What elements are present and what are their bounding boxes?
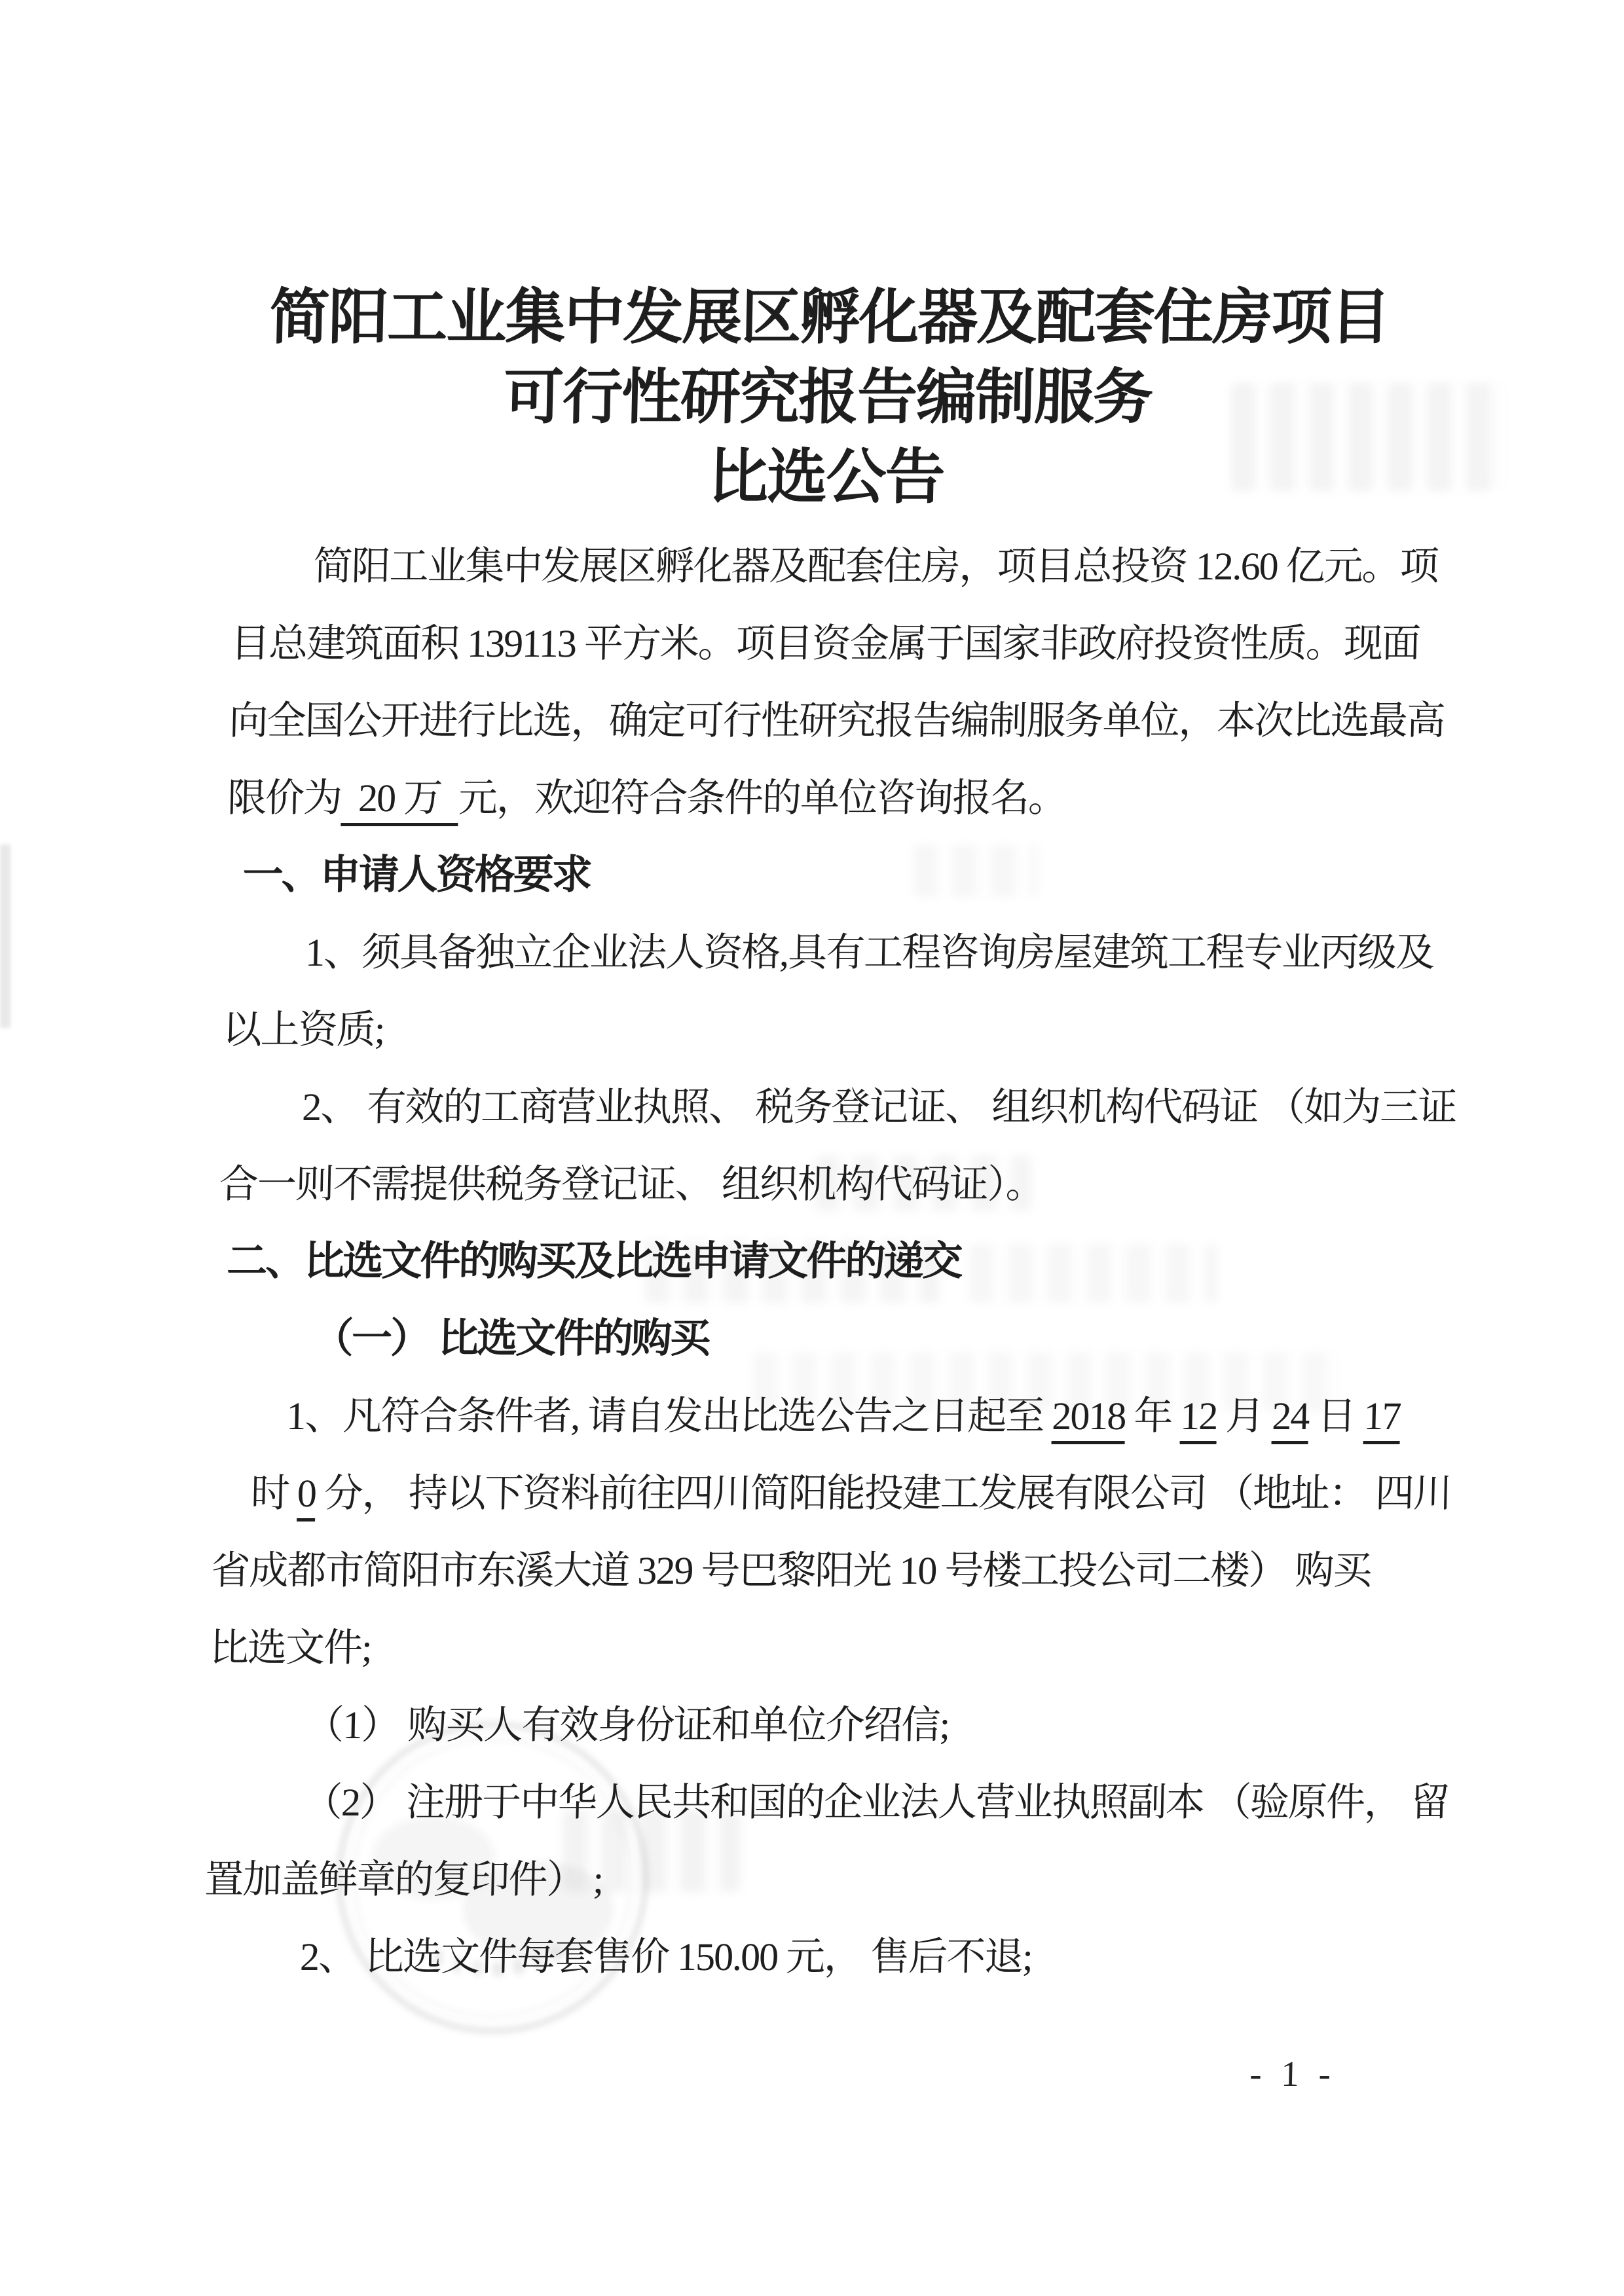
text-line: 1、须具备独立企业法人资格,具有工程咨询房屋建筑工程专业丙级及 (223, 914, 1413, 991)
text-segment: 分， 持以下资料前往四川简阳能投建工发展有限公司 （地址： 四川 (315, 1472, 1451, 1515)
document-content-layer: 简阳工业集中发展区孵化器及配套住房项目 可行性研究报告编制服务 比选公告 简阳工… (0, 0, 1624, 2296)
text-segment: 元，欢迎符合条件的单位咨询报名。 (458, 776, 1067, 820)
text-segment: 省成都市简阳市东溪大道 329 号巴黎阳光 10 号楼工投公司二楼） 购买 (211, 1549, 1371, 1592)
title-line-1: 简阳工业集中发展区孵化器及配套住房项目 (16, 278, 1624, 357)
text-segment: 1、须具备独立企业法人资格,具有工程咨询房屋建筑工程专业丙级及 (305, 931, 1434, 974)
document-title: 简阳工业集中发展区孵化器及配套住房项目 可行性研究报告编制服务 比选公告 (13, 278, 1624, 517)
text-line: 合一则不需提供税务登记证、 组织机构代码证）。 (219, 1146, 1409, 1223)
scanned-document-page: 5106810 简阳工业集中发展区孵化器及配套住房项目 可行性研究报告编制服务 … (0, 0, 1624, 2296)
underlined-text-segment: 12 (1180, 1394, 1217, 1438)
underlined-text-segment: 0 (297, 1472, 316, 1515)
text-segment: 二、比选文件的购买及比选申请文件的递交 (227, 1239, 961, 1284)
text-segment: （2） 注册于中华人民共和国的企业法人营业执照副本 （验原件， 留 (303, 1781, 1449, 1824)
text-segment: 以上资质; (222, 1008, 384, 1051)
text-line: 限价为 20 万 元，欢迎符合条件的单位咨询报名。 (227, 759, 1416, 837)
text-segment: 限价为 (227, 776, 342, 820)
text-segment: 日 (1308, 1394, 1364, 1438)
title-line-2: 可行性研究报告编制服务 (15, 357, 1624, 437)
text-segment: 一、申请人资格要求 (242, 852, 591, 898)
text-line: 2、 有效的工商营业执照、 税务登记证、 组织机构代码证 （如为三证 (220, 1068, 1410, 1146)
underlined-text-segment: 24 (1272, 1394, 1309, 1438)
text-segment: 目总建筑面积 139113 平方米。项目资金属于国家非政府投资性质。现面 (230, 622, 1420, 665)
text-line: 以上资质; (222, 991, 1412, 1068)
text-line: 比选文件; (209, 1609, 1399, 1686)
text-segment: 2、 有效的工商营业执照、 税务登记证、 组织机构代码证 （如为三证 (302, 1085, 1456, 1129)
text-segment: 置加盖鲜章的复印件） ; (204, 1858, 603, 1901)
text-segment: （一） 比选文件的购买 (312, 1316, 709, 1361)
text-segment: 2、 比选文件每套售价 150.00 元， 售后不退; (299, 1935, 1032, 1978)
text-line: 目总建筑面积 139113 平方米。项目资金属于国家非政府投资性质。现面 (230, 605, 1420, 682)
text-line: 简阳工业集中发展区孵化器及配套住房，项目总投资 12.60 亿元。项 (231, 528, 1421, 605)
text-segment: 简阳工业集中发展区孵化器及配套住房，项目总投资 12.60 亿元。项 (313, 545, 1438, 588)
text-line: （2） 注册于中华人民共和国的企业法人营业执照副本 （验原件， 留 (206, 1764, 1395, 1841)
text-segment: 比选文件; (209, 1626, 371, 1669)
text-segment: 年 (1125, 1394, 1181, 1438)
content-lines: 简阳工业集中发展区孵化器及配套住房，项目总投资 12.60 亿元。项目总建筑面积… (202, 528, 1422, 1995)
text-line: 置加盖鲜章的复印件） ; (204, 1841, 1393, 1918)
title-line-3: 比选公告 (13, 437, 1624, 517)
underlined-text-segment: 20 万 (341, 776, 459, 820)
text-segment: 向全国公开进行比选，确定可行性研究报告编制服务单位，本次比选最高 (229, 699, 1445, 742)
text-line: 向全国公开进行比选，确定可行性研究报告编制服务单位，本次比选最高 (228, 682, 1418, 759)
underlined-text-segment: 2018 (1052, 1394, 1126, 1438)
text-line: 2、 比选文件每套售价 150.00 元， 售后不退; (202, 1918, 1392, 1995)
page-number: - 1 - (1249, 2048, 1421, 2100)
text-line: 二、比选文件的购买及比选申请文件的递交 (217, 1223, 1407, 1300)
text-segment: 合一则不需提供税务登记证、 组织机构代码证）。 (219, 1163, 1044, 1206)
text-segment: 1、凡符合条件者, 请自发出比选公告之日起至 (286, 1394, 1052, 1438)
text-segment: 时 (250, 1472, 297, 1515)
text-segment: 月 (1217, 1394, 1272, 1438)
text-line: 一、申请人资格要求 (225, 837, 1414, 914)
underlined-text-segment: 17 (1363, 1394, 1401, 1438)
text-line: （一） 比选文件的购买 (215, 1300, 1405, 1377)
text-line: （1） 购买人有效身份证和单位介绍信; (207, 1686, 1397, 1764)
text-line: 1、凡符合条件者, 请自发出比选公告之日起至 2018 年 12 月 24 日 … (213, 1377, 1403, 1455)
text-line: 省成都市简阳市东溪大道 329 号巴黎阳光 10 号楼工投公司二楼） 购买 (210, 1532, 1400, 1609)
text-segment: （1） 购买人有效身份证和单位介绍信; (304, 1704, 950, 1747)
text-line: 时 0 分， 持以下资料前往四川简阳能投建工发展有限公司 （地址： 四川 (212, 1455, 1402, 1532)
